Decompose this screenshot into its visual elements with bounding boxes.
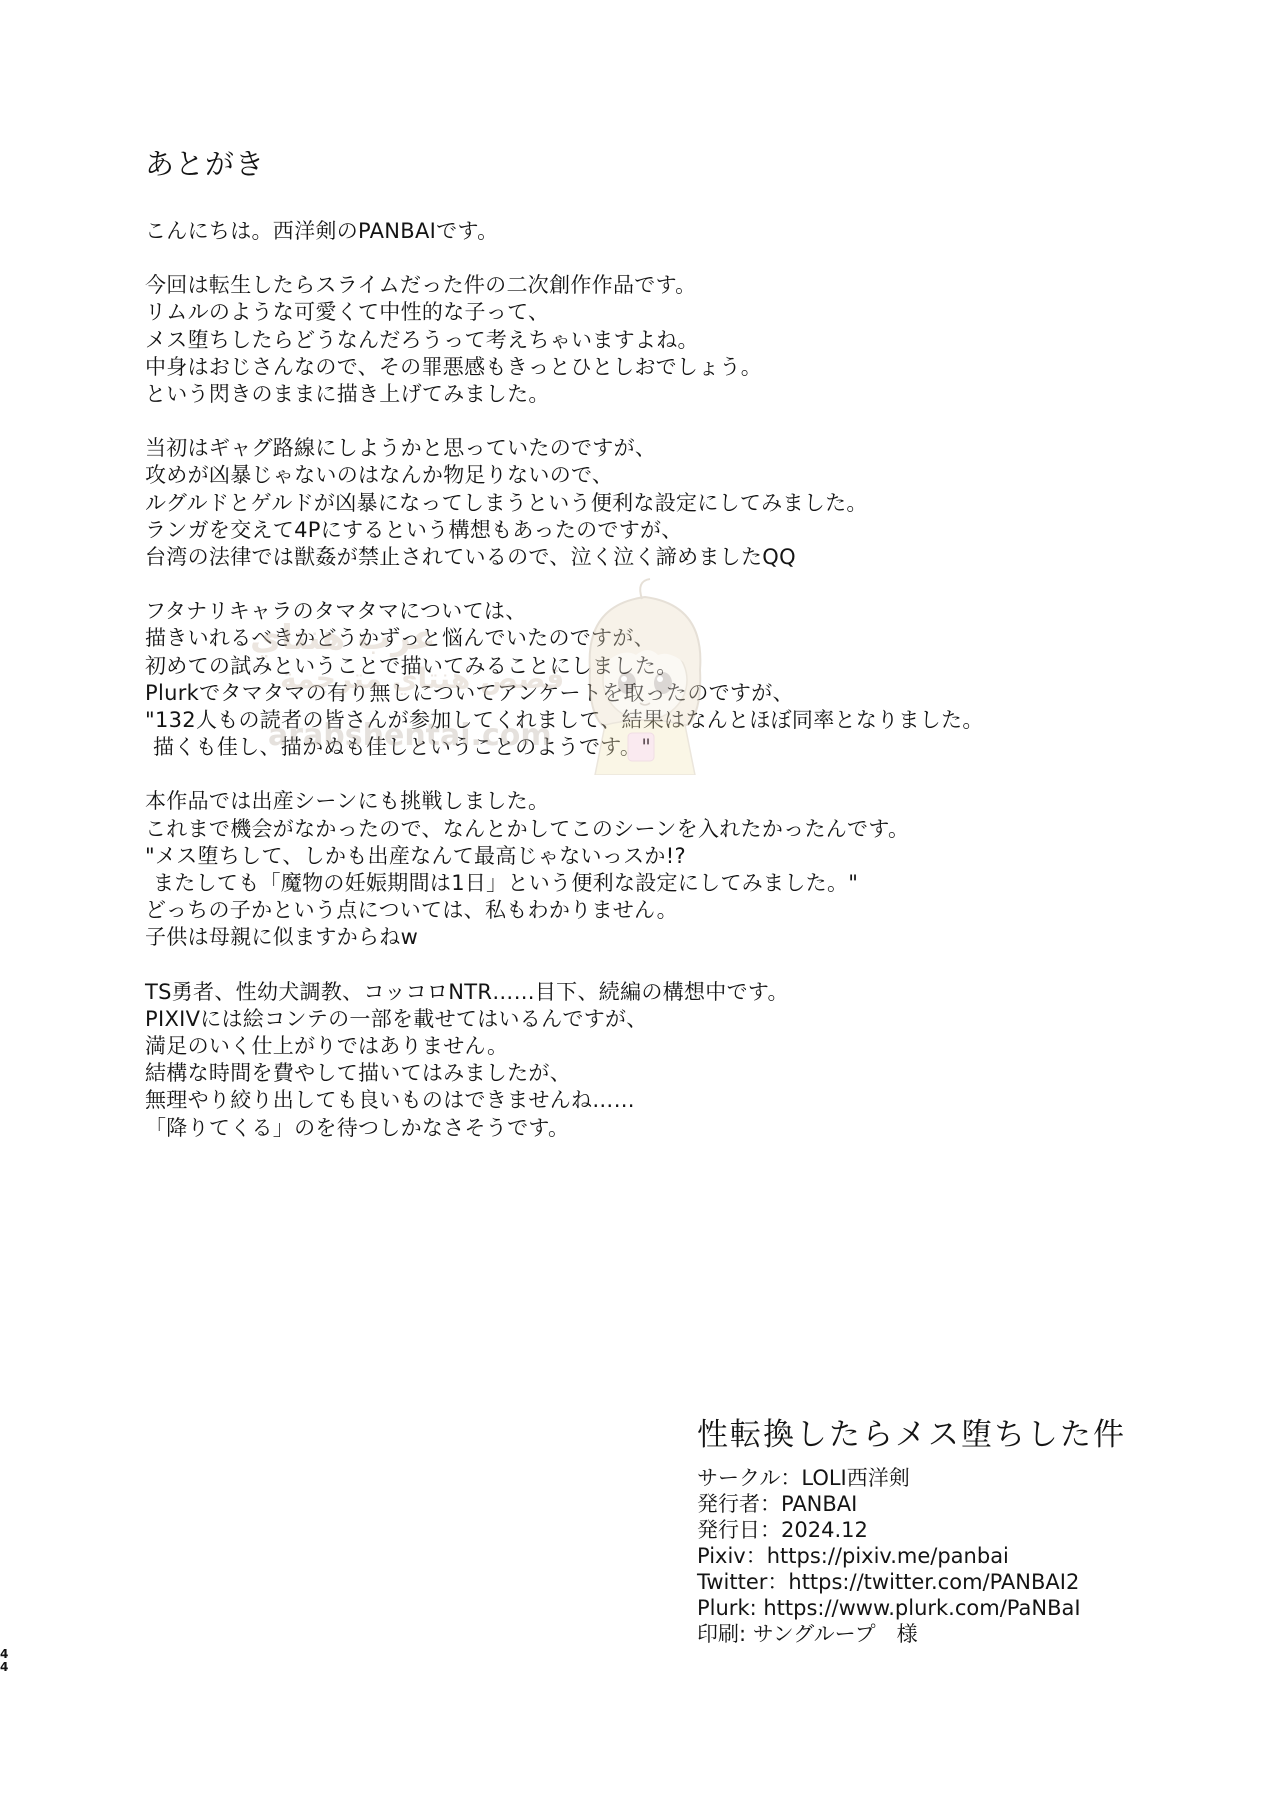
- colophon-printer: 印刷: サングループ 様: [697, 1621, 1217, 1647]
- paragraph-scene: 本作品では出産シーンにも挑戦しました。 これまで機会がなかったので、なんとかして…: [145, 788, 1145, 951]
- paragraph-intro: 今回は転生したらスライムだった件の二次創作作品です。 リムルのような可愛くて中性…: [145, 272, 1145, 408]
- text-line: "メス堕ちして、しかも出産なんて最高じゃないっスか!?: [145, 843, 1145, 870]
- text-line: 当初はギャグ路線にしようかと思っていたのですが、: [145, 435, 1145, 462]
- text-line: 描くも佳し、描かぬも佳しということのようです。": [145, 734, 1145, 761]
- text-line: PIXIVには絵コンテの一部を載せてはいるんですが、: [145, 1006, 1145, 1033]
- text-line: 無理やり絞り出しても良いものはできませんね……: [145, 1087, 1145, 1114]
- text-line: 攻めが凶暴じゃないのはなんか物足りないので、: [145, 462, 1145, 489]
- colophon: 性転換したらメス堕ちした件 サークル：LOLI西洋剣 発行者：PANBAI 発行…: [697, 1413, 1217, 1647]
- text-line: 本作品では出産シーンにも挑戦しました。: [145, 788, 1145, 815]
- text-line: 描きいれるべきかどうかずっと悩んでいたのですが、: [145, 625, 1145, 652]
- text-line: ルグルドとゲルドが凶暴になってしまうという便利な設定にしてみました。: [145, 490, 1145, 517]
- text-line: ランガを交えて4Pにするという構想もあったのですが、: [145, 517, 1145, 544]
- document-page: あとがき こんにちは。西洋剣のPANBAIです。 今回は転生したらスライムだった…: [0, 0, 1280, 1808]
- text-line: 満足のいく仕上がりではありません。: [145, 1033, 1145, 1060]
- text-line: メス堕ちしたらどうなんだろうって考えちゃいますよね。: [145, 327, 1145, 354]
- colophon-pixiv-link[interactable]: Pixiv：https://pixiv.me/panbai: [697, 1543, 1217, 1569]
- colophon-plurk-link[interactable]: Plurk: https://www.plurk.com/PaNBaI: [697, 1595, 1217, 1621]
- colophon-twitter-link[interactable]: Twitter：https://twitter.com/PANBAI2: [697, 1569, 1217, 1595]
- text-line: フタナリキャラのタマタマについては、: [145, 598, 1145, 625]
- text-line: 初めての試みということで描いてみることにしました。: [145, 653, 1145, 680]
- paragraph-direction: 当初はギャグ路線にしようかと思っていたのですが、 攻めが凶暴じゃないのはなんか物…: [145, 435, 1145, 571]
- afterword-heading: あとがき: [145, 146, 265, 182]
- text-line: 中身はおじさんなので、その罪悪感もきっとひとしおでしょう。: [145, 354, 1145, 381]
- text-line: 「降りてくる」のを待つしかなさそうです。: [145, 1115, 1145, 1142]
- page-number: 44: [0, 1648, 10, 1674]
- text-line: 今回は転生したらスライムだった件の二次創作作品です。: [145, 272, 1145, 299]
- text-line: これまで機会がなかったので、なんとかしてこのシーンを入れたかったんです。: [145, 816, 1145, 843]
- text-line: "132人もの読者の皆さんが参加してくれまして、結果はなんとほぼ同率となりました…: [145, 707, 1145, 734]
- text-line: 台湾の法律では獣姦が禁止されているので、泣く泣く諦めましたQQ: [145, 544, 1145, 571]
- text-line: こんにちは。西洋剣のPANBAIです。: [145, 218, 1145, 245]
- text-line: TS勇者、性幼犬調教、コッコロNTR……目下、続編の構想中です。: [145, 979, 1145, 1006]
- greeting-paragraph: こんにちは。西洋剣のPANBAIです。: [145, 218, 1145, 245]
- text-line: またしても「魔物の妊娠期間は1日」という便利な設定にしてみました。": [145, 870, 1145, 897]
- colophon-publisher: 発行者：PANBAI: [697, 1491, 1217, 1517]
- text-line: リムルのような可愛くて中性的な子って、: [145, 299, 1145, 326]
- text-line: 結構な時間を費やして描いてはみましたが、: [145, 1060, 1145, 1087]
- text-line: Plurkでタマタマの有り無しについてアンケートを取ったのですが、: [145, 680, 1145, 707]
- book-title: 性転換したらメス堕ちした件: [697, 1413, 1217, 1457]
- text-line: 子供は母親に似ますからねw: [145, 924, 1145, 951]
- paragraph-sequel: TS勇者、性幼犬調教、コッコロNTR……目下、続編の構想中です。 PIXIVには…: [145, 979, 1145, 1142]
- text-line: という閃きのままに描き上げてみました。: [145, 381, 1145, 408]
- colophon-date: 発行日：2024.12: [697, 1517, 1217, 1543]
- colophon-circle: サークル：LOLI西洋剣: [697, 1465, 1217, 1491]
- text-line: どっちの子かという点については、私もわかりません。: [145, 897, 1145, 924]
- paragraph-survey: フタナリキャラのタマタマについては、 描きいれるべきかどうかずっと悩んでいたので…: [145, 598, 1145, 761]
- afterword-body: こんにちは。西洋剣のPANBAIです。 今回は転生したらスライムだった件の二次創…: [145, 218, 1145, 1169]
